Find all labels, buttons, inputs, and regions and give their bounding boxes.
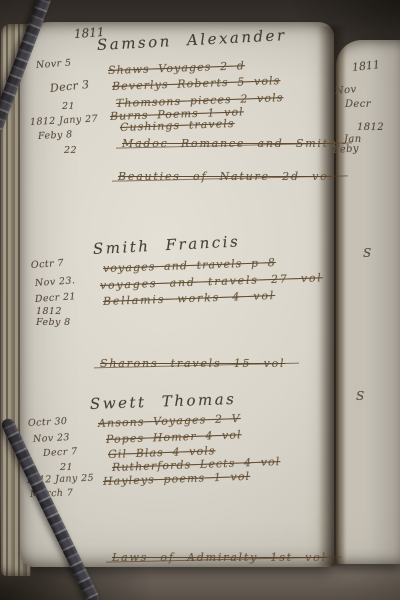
ledger-right-page [336,40,400,564]
right-page-date: Nov [335,84,358,97]
entry-date: Decr 7 [43,446,78,459]
entry-date: 21 [62,101,75,112]
entry-text: Laws of Admiralty 1st vol [112,551,327,564]
entry-text: Sharons travels 15 vol [100,357,285,370]
book-gutter-shadow [318,26,344,566]
entry-date: 22 [64,145,77,156]
entry-date: 21 [60,462,73,473]
right-page-date: Feby [333,143,360,156]
entry-date: Feby 8 [38,129,73,142]
entry-text: Madoc Romance and Smith [122,137,338,150]
right-page-date: 1812 [357,122,384,133]
entry-text: Beauties of Nature 2d vol [118,170,334,183]
right-page-initial: S [356,389,364,403]
entry-date: Octr 7 [31,258,65,271]
entry-date: Nov 23 [33,432,70,445]
ledger-photo: 1811 Samson Alexander Novr 5 Shaws Voyag… [0,0,400,600]
entry-date: Octr 30 [28,416,68,429]
entry-date: 1812 Feby 8 [36,306,71,328]
right-page-date: Decr [345,99,371,110]
right-page-initial: S [363,246,371,260]
